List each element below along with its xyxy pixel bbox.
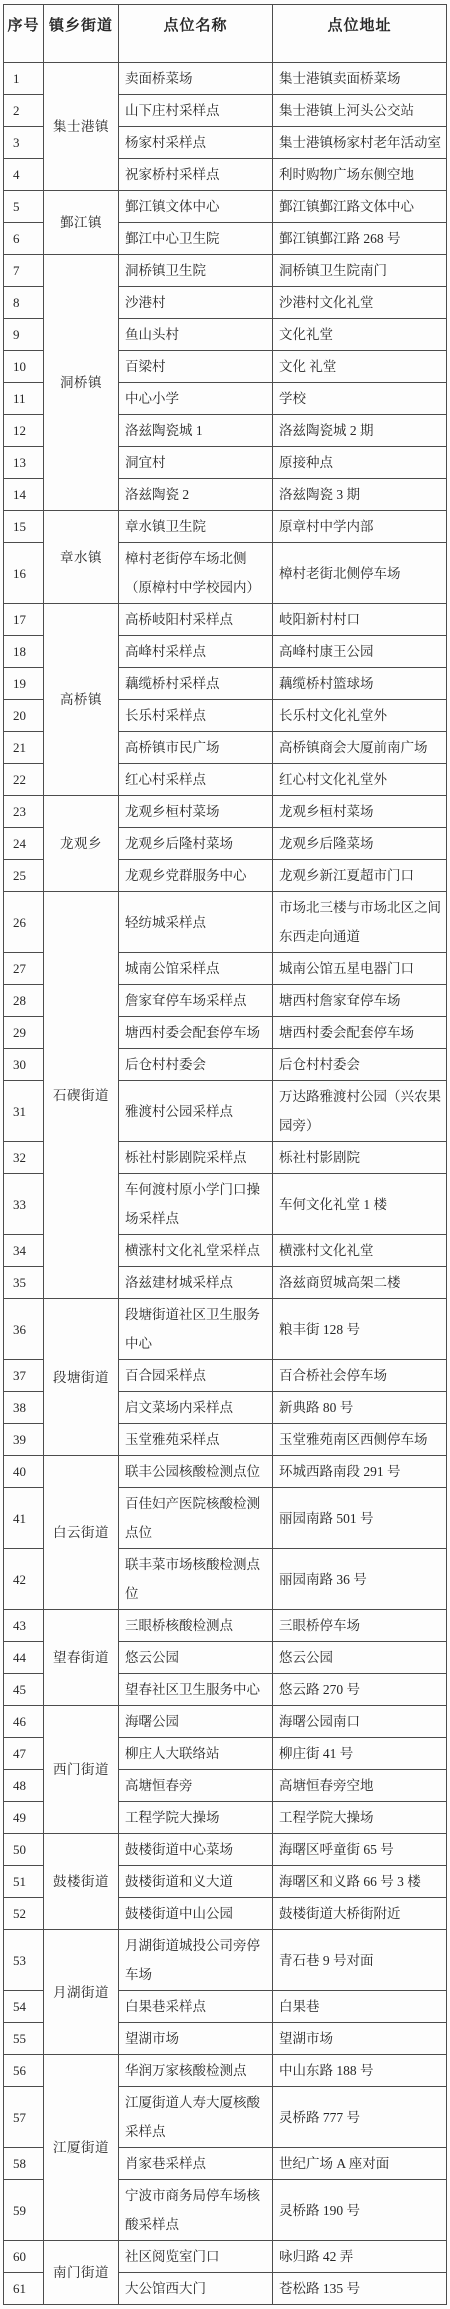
point-name-cell: 横涨村文化礼堂采样点 [119,1235,273,1267]
point-address-cell: 栎社村影剧院 [273,1142,447,1174]
street-cell: 月湖街道 [44,1930,119,2055]
street-cell: 洞桥镇 [44,255,119,511]
row-number-cell: 50 [4,1834,44,1866]
row-number-cell: 1 [4,63,44,95]
row-number-cell: 57 [4,2087,44,2148]
point-name-cell: 车何渡村原小学门口操场采样点 [119,1174,273,1235]
row-number-cell: 6 [4,223,44,255]
point-name-cell: 洛兹陶瓷 2 [119,479,273,511]
point-address-cell: 丽园南路 36 号 [273,1549,447,1610]
point-name-cell: 联丰菜市场核酸检测点位 [119,1549,273,1610]
street-cell: 章水镇 [44,511,119,604]
point-address-cell: 柳庄街 41 号 [273,1738,447,1770]
point-address-cell: 灵桥路 190 号 [273,2180,447,2241]
point-name-cell: 大公馆西大门 [119,2273,273,2305]
street-cell: 鼓楼街道 [44,1834,119,1930]
testing-points-table: 序号镇乡街道点位名称点位地址 1集士港镇卖面桥菜场集士港镇卖面桥菜场2山下庄村采… [3,4,447,2305]
point-address-cell: 新典路 80 号 [273,1392,447,1424]
point-name-cell: 段塘街道社区卫生服务中心 [119,1299,273,1360]
row-number-cell: 46 [4,1706,44,1738]
point-name-cell: 柳庄人大联络站 [119,1738,273,1770]
point-address-cell: 高峰村康王公园 [273,636,447,668]
point-name-cell: 鄞江中心卫生院 [119,223,273,255]
row-number-cell: 53 [4,1930,44,1991]
point-name-cell: 沙港村 [119,287,273,319]
point-address-cell: 后仓村村委会 [273,1049,447,1081]
row-number-cell: 34 [4,1235,44,1267]
point-name-cell: 联丰公园核酸检测点位 [119,1456,273,1488]
table-row: 56江厦街道华润万家核酸检测点中山东路 188 号 [4,2055,447,2087]
row-number-cell: 43 [4,1610,44,1642]
point-address-cell: 工程学院大操场 [273,1802,447,1834]
point-name-cell: 长乐村采样点 [119,700,273,732]
point-name-cell: 三眼桥核酸检测点 [119,1610,273,1642]
point-address-cell: 咏归路 42 弄 [273,2241,447,2273]
point-address-cell: 海曙公园南口 [273,1706,447,1738]
row-number-cell: 8 [4,287,44,319]
point-name-cell: 洛兹陶瓷城 1 [119,415,273,447]
street-cell: 江厦街道 [44,2055,119,2241]
point-address-cell: 集士港镇上河头公交站 [273,95,447,127]
row-number-cell: 17 [4,604,44,636]
col-index-header: 序号 [4,5,44,63]
table-row: 26石碶街道轻纺城采样点市场北三楼与市场北区之间东西走向通道 [4,892,447,953]
col-street-header: 镇乡街道 [44,5,119,63]
point-address-cell: 海曙区呼童街 65 号 [273,1834,447,1866]
row-number-cell: 41 [4,1488,44,1549]
row-number-cell: 45 [4,1674,44,1706]
row-number-cell: 16 [4,543,44,604]
header-row: 序号镇乡街道点位名称点位地址 [4,5,447,63]
point-name-cell: 望湖市场 [119,2023,273,2055]
point-name-cell: 白果巷采样点 [119,1991,273,2023]
street-cell: 石碶街道 [44,892,119,1299]
table-row: 15章水镇章水镇卫生院原章村中学内部 [4,511,447,543]
point-name-cell: 华润万家核酸检测点 [119,2055,273,2087]
row-number-cell: 22 [4,764,44,796]
point-address-cell: 塘西村詹家耷停车场 [273,985,447,1017]
row-number-cell: 59 [4,2180,44,2241]
testing-points-table-wrap: 序号镇乡街道点位名称点位地址 1集士港镇卖面桥菜场集士港镇卖面桥菜场2山下庄村采… [0,0,450,2309]
point-address-cell: 海曙区和义路 66 号 3 楼 [273,1866,447,1898]
point-name-cell: 章水镇卫生院 [119,511,273,543]
table-row: 17高桥镇高桥岐阳村采样点岐阳新村村口 [4,604,447,636]
table-row: 40白云街道联丰公园核酸检测点位环城西路南段 291 号 [4,1456,447,1488]
point-address-cell: 鄞江镇鄞江路 268 号 [273,223,447,255]
row-number-cell: 37 [4,1360,44,1392]
point-name-cell: 高桥岐阳村采样点 [119,604,273,636]
point-address-cell: 原章村中学内部 [273,511,447,543]
street-cell: 龙观乡 [44,796,119,892]
row-number-cell: 24 [4,828,44,860]
point-name-cell: 龙观乡桓村菜场 [119,796,273,828]
point-address-cell: 长乐村文化礼堂外 [273,700,447,732]
point-address-cell: 世纪广场 A 座对面 [273,2148,447,2180]
point-address-cell: 鼓楼街道大桥街附近 [273,1898,447,1930]
row-number-cell: 13 [4,447,44,479]
point-address-cell: 龙观乡桓村菜场 [273,796,447,828]
table-body: 1集士港镇卖面桥菜场集士港镇卖面桥菜场2山下庄村采样点集士港镇上河头公交站3杨家… [4,63,447,2305]
col-name-header: 点位名称 [119,5,273,63]
point-name-cell: 雅渡村公园采样点 [119,1081,273,1142]
point-address-cell: 望湖市场 [273,2023,447,2055]
point-name-cell: 杨家村采样点 [119,127,273,159]
row-number-cell: 51 [4,1866,44,1898]
col-address-header: 点位地址 [273,5,447,63]
row-number-cell: 4 [4,159,44,191]
row-number-cell: 61 [4,2273,44,2305]
point-address-cell: 文化 礼堂 [273,351,447,383]
row-number-cell: 2 [4,95,44,127]
point-name-cell: 栎社村影剧院采样点 [119,1142,273,1174]
point-address-cell: 岐阳新村村口 [273,604,447,636]
point-name-cell: 中心小学 [119,383,273,415]
point-address-cell: 苍松路 135 号 [273,2273,447,2305]
table-row: 7洞桥镇洞桥镇卫生院洞桥镇卫生院南门 [4,255,447,287]
point-address-cell: 利时购物广场东侧空地 [273,159,447,191]
point-name-cell: 工程学院大操场 [119,1802,273,1834]
row-number-cell: 30 [4,1049,44,1081]
point-name-cell: 鼓楼街道中山公园 [119,1898,273,1930]
row-number-cell: 35 [4,1267,44,1299]
point-address-cell: 龙观乡后隆菜场 [273,828,447,860]
point-address-cell: 洛兹陶瓷城 2 期 [273,415,447,447]
point-address-cell: 红心村文化礼堂外 [273,764,447,796]
table-row: 50鼓楼街道鼓楼街道中心菜场海曙区呼童街 65 号 [4,1834,447,1866]
row-number-cell: 25 [4,860,44,892]
point-name-cell: 鄞江镇文体中心 [119,191,273,223]
table-row: 1集士港镇卖面桥菜场集士港镇卖面桥菜场 [4,63,447,95]
row-number-cell: 44 [4,1642,44,1674]
point-name-cell: 轻纺城采样点 [119,892,273,953]
row-number-cell: 15 [4,511,44,543]
point-name-cell: 玉堂雅苑采样点 [119,1424,273,1456]
point-address-cell: 悠云路 270 号 [273,1674,447,1706]
point-address-cell: 青石巷 9 号对面 [273,1930,447,1991]
street-cell: 集士港镇 [44,63,119,191]
street-cell: 望春街道 [44,1610,119,1706]
point-address-cell: 集士港镇卖面桥菜场 [273,63,447,95]
table-row: 60南门街道社区阅览室门口咏归路 42 弄 [4,2241,447,2273]
point-name-cell: 樟村老街停车场北侧（原樟村中学校园内） [119,543,273,604]
point-address-cell: 洛兹陶瓷 3 期 [273,479,447,511]
row-number-cell: 54 [4,1991,44,2023]
point-name-cell: 洛兹建材城采样点 [119,1267,273,1299]
point-address-cell: 中山东路 188 号 [273,2055,447,2087]
table-row: 53月湖街道月湖街道城投公司旁停车场青石巷 9 号对面 [4,1930,447,1991]
point-name-cell: 高塘恒春旁 [119,1770,273,1802]
table-row: 23龙观乡龙观乡桓村菜场龙观乡桓村菜场 [4,796,447,828]
row-number-cell: 27 [4,953,44,985]
point-address-cell: 横涨村文化礼堂 [273,1235,447,1267]
point-name-cell: 詹家耷停车场采样点 [119,985,273,1017]
row-number-cell: 26 [4,892,44,953]
point-address-cell: 市场北三楼与市场北区之间东西走向通道 [273,892,447,953]
point-name-cell: 月湖街道城投公司旁停车场 [119,1930,273,1991]
point-name-cell: 百佳妇产医院核酸检测点位 [119,1488,273,1549]
point-address-cell: 文化礼堂 [273,319,447,351]
row-number-cell: 21 [4,732,44,764]
point-name-cell: 高桥镇市民广场 [119,732,273,764]
point-name-cell: 山下庄村采样点 [119,95,273,127]
row-number-cell: 10 [4,351,44,383]
table-row: 43望春街道三眼桥核酸检测点三眼桥停车场 [4,1610,447,1642]
point-address-cell: 藕缆桥村篮球场 [273,668,447,700]
row-number-cell: 36 [4,1299,44,1360]
point-name-cell: 肖家巷采样点 [119,2148,273,2180]
point-name-cell: 望春社区卫生服务中心 [119,1674,273,1706]
point-address-cell: 集士港镇杨家村老年活动室 [273,127,447,159]
point-address-cell: 鄞江镇鄞江路文体中心 [273,191,447,223]
point-name-cell: 洞宜村 [119,447,273,479]
point-address-cell: 丽园南路 501 号 [273,1488,447,1549]
point-name-cell: 社区阅览室门口 [119,2241,273,2273]
point-address-cell: 灵桥路 777 号 [273,2087,447,2148]
row-number-cell: 23 [4,796,44,828]
point-address-cell: 沙港村文化礼堂 [273,287,447,319]
row-number-cell: 29 [4,1017,44,1049]
row-number-cell: 40 [4,1456,44,1488]
point-address-cell: 城南公馆五星电器门口 [273,953,447,985]
row-number-cell: 55 [4,2023,44,2055]
street-cell: 白云街道 [44,1456,119,1610]
row-number-cell: 47 [4,1738,44,1770]
point-address-cell: 塘西村委会配套停车场 [273,1017,447,1049]
row-number-cell: 52 [4,1898,44,1930]
row-number-cell: 19 [4,668,44,700]
point-name-cell: 悠云公园 [119,1642,273,1674]
point-address-cell: 高桥镇商会大厦前南广场 [273,732,447,764]
point-name-cell: 藕缆桥村采样点 [119,668,273,700]
row-number-cell: 42 [4,1549,44,1610]
row-number-cell: 33 [4,1174,44,1235]
row-number-cell: 39 [4,1424,44,1456]
table-row: 5鄞江镇鄞江镇文体中心鄞江镇鄞江路文体中心 [4,191,447,223]
row-number-cell: 48 [4,1770,44,1802]
row-number-cell: 49 [4,1802,44,1834]
point-address-cell: 万达路雅渡村公园（兴农果园旁） [273,1081,447,1142]
point-address-cell: 高塘恒春旁空地 [273,1770,447,1802]
row-number-cell: 60 [4,2241,44,2273]
street-cell: 鄞江镇 [44,191,119,255]
point-name-cell: 鼓楼街道中心菜场 [119,1834,273,1866]
point-address-cell: 洛兹商贸城高架二楼 [273,1267,447,1299]
point-name-cell: 祝家桥村采样点 [119,159,273,191]
table-header: 序号镇乡街道点位名称点位地址 [4,5,447,63]
row-number-cell: 31 [4,1081,44,1142]
row-number-cell: 14 [4,479,44,511]
street-cell: 高桥镇 [44,604,119,796]
street-cell: 南门街道 [44,2241,119,2305]
point-name-cell: 洞桥镇卫生院 [119,255,273,287]
row-number-cell: 5 [4,191,44,223]
point-name-cell: 江厦街道人寿大厦核酸采样点 [119,2087,273,2148]
point-address-cell: 樟村老街北侧停车场 [273,543,447,604]
row-number-cell: 58 [4,2148,44,2180]
table-row: 36段塘街道段塘街道社区卫生服务中心粮丰街 128 号 [4,1299,447,1360]
point-address-cell: 三眼桥停车场 [273,1610,447,1642]
point-name-cell: 城南公馆采样点 [119,953,273,985]
point-address-cell: 悠云公园 [273,1642,447,1674]
point-name-cell: 红心村采样点 [119,764,273,796]
point-address-cell: 百合桥社会停车场 [273,1360,447,1392]
point-address-cell: 龙观乡新江夏超市门口 [273,860,447,892]
point-name-cell: 后仓村村委会 [119,1049,273,1081]
row-number-cell: 56 [4,2055,44,2087]
row-number-cell: 18 [4,636,44,668]
point-name-cell: 海曙公园 [119,1706,273,1738]
point-address-cell: 学校 [273,383,447,415]
point-address-cell: 原接种点 [273,447,447,479]
row-number-cell: 3 [4,127,44,159]
point-name-cell: 龙观乡后隆村菜场 [119,828,273,860]
street-cell: 西门街道 [44,1706,119,1834]
point-name-cell: 宁波市商务局停车场核酸采样点 [119,2180,273,2241]
row-number-cell: 38 [4,1392,44,1424]
row-number-cell: 11 [4,383,44,415]
point-name-cell: 鱼山头村 [119,319,273,351]
point-name-cell: 百合园采样点 [119,1360,273,1392]
row-number-cell: 32 [4,1142,44,1174]
row-number-cell: 9 [4,319,44,351]
point-name-cell: 卖面桥菜场 [119,63,273,95]
point-name-cell: 塘西村委会配套停车场 [119,1017,273,1049]
point-address-cell: 玉堂雅苑南区西侧停车场 [273,1424,447,1456]
point-name-cell: 高峰村采样点 [119,636,273,668]
row-number-cell: 20 [4,700,44,732]
point-address-cell: 粮丰街 128 号 [273,1299,447,1360]
street-cell: 段塘街道 [44,1299,119,1456]
point-name-cell: 启文菜场内采样点 [119,1392,273,1424]
point-address-cell: 环城西路南段 291 号 [273,1456,447,1488]
point-address-cell: 车何文化礼堂 1 楼 [273,1174,447,1235]
point-address-cell: 洞桥镇卫生院南门 [273,255,447,287]
row-number-cell: 12 [4,415,44,447]
table-row: 46西门街道海曙公园海曙公园南口 [4,1706,447,1738]
row-number-cell: 7 [4,255,44,287]
point-name-cell: 龙观乡党群服务中心 [119,860,273,892]
row-number-cell: 28 [4,985,44,1017]
point-address-cell: 白果巷 [273,1991,447,2023]
point-name-cell: 百梁村 [119,351,273,383]
point-name-cell: 鼓楼街道和义大道 [119,1866,273,1898]
